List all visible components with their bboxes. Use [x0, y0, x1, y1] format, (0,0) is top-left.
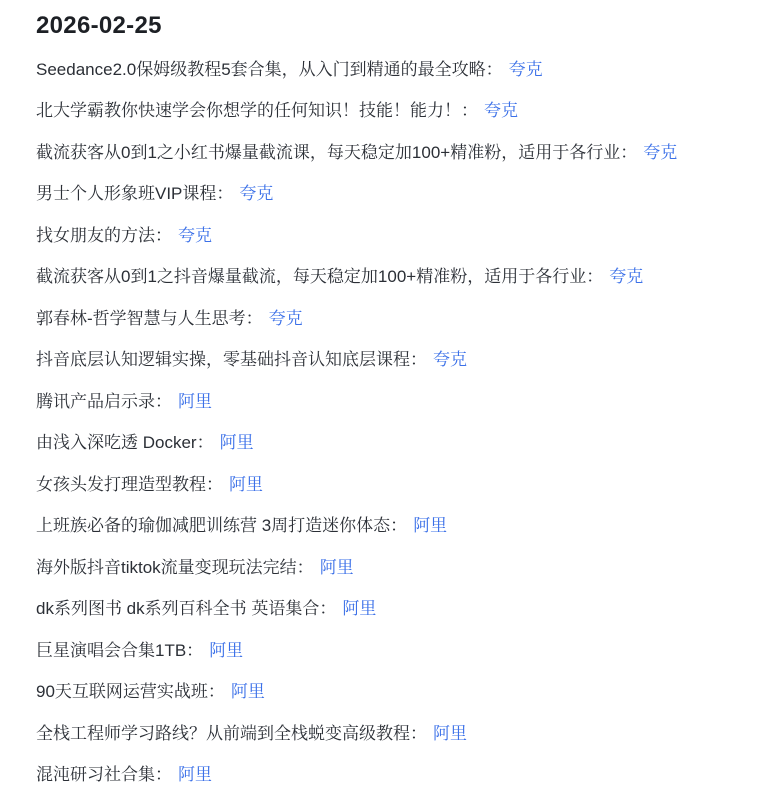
- list-item: 截流获客从0到1之抖音爆量截流，每天稳定加100+精准粉，适用于各行业：夸克: [36, 264, 746, 290]
- item-link[interactable]: 阿里: [413, 516, 447, 535]
- item-text: dk系列图书 dk系列百科全书 英语集合：: [36, 599, 336, 618]
- list-item: Seedance2.0保姆级教程5套合集，从入门到精通的最全攻略：夸克: [36, 57, 746, 83]
- item-link[interactable]: 夸克: [609, 267, 643, 286]
- item-link[interactable]: 阿里: [229, 475, 263, 494]
- item-text: 抖音底层认知逻辑实操，零基础抖音认知底层课程：: [36, 350, 427, 369]
- list-item: 男士个人形象班VIP课程：夸克: [36, 181, 746, 207]
- item-text: 海外版抖音tiktok流量变现玩法完结：: [36, 558, 314, 577]
- item-link[interactable]: 夸克: [509, 60, 543, 79]
- item-link[interactable]: 夸克: [178, 226, 212, 245]
- item-link[interactable]: 阿里: [220, 433, 254, 452]
- item-link[interactable]: 阿里: [342, 599, 376, 618]
- item-text: 女孩头发打理造型教程：: [36, 475, 223, 494]
- item-text: 腾讯产品启示录：: [36, 392, 172, 411]
- item-text: 截流获客从0到1之抖音爆量截流，每天稳定加100+精准粉，适用于各行业：: [36, 267, 603, 286]
- item-link[interactable]: 阿里: [178, 765, 212, 784]
- item-text: 上班族必备的瑜伽减肥训练营 3周打造迷你体态：: [36, 516, 407, 535]
- item-text: Seedance2.0保姆级教程5套合集，从入门到精通的最全攻略：: [36, 60, 503, 79]
- item-link[interactable]: 夸克: [269, 309, 303, 328]
- list-item: 女孩头发打理造型教程：阿里: [36, 472, 746, 498]
- item-link[interactable]: 阿里: [433, 724, 467, 743]
- item-link[interactable]: 阿里: [320, 558, 354, 577]
- list-item: 混沌研习社合集：阿里: [36, 762, 746, 788]
- list-item: 找女朋友的方法：夸克: [36, 223, 746, 249]
- list-item: 北大学霸教你快速学会你想学的任何知识！技能！能力！：夸克: [36, 98, 746, 124]
- item-link[interactable]: 夸克: [484, 101, 518, 120]
- item-link[interactable]: 夸克: [239, 184, 273, 203]
- list-item: 上班族必备的瑜伽减肥训练营 3周打造迷你体态：阿里: [36, 513, 746, 539]
- resource-list: Seedance2.0保姆级教程5套合集，从入门到精通的最全攻略：夸克 北大学霸…: [36, 57, 746, 788]
- item-link[interactable]: 阿里: [209, 641, 243, 660]
- list-item: 抖音底层认知逻辑实操，零基础抖音认知底层课程：夸克: [36, 347, 746, 373]
- list-item: dk系列图书 dk系列百科全书 英语集合：阿里: [36, 596, 746, 622]
- list-item: 全栈工程师学习路线？从前端到全栈蜕变高级教程：阿里: [36, 721, 746, 747]
- document-page: 2026-02-25 Seedance2.0保姆级教程5套合集，从入门到精通的最…: [0, 0, 776, 788]
- list-item: 海外版抖音tiktok流量变现玩法完结：阿里: [36, 555, 746, 581]
- item-text: 找女朋友的方法：: [36, 226, 172, 245]
- item-text: 男士个人形象班VIP课程：: [36, 184, 233, 203]
- list-item: 巨星演唱会合集1TB：阿里: [36, 638, 746, 664]
- item-text: 截流获客从0到1之小红书爆量截流课，每天稳定加100+精准粉，适用于各行业：: [36, 143, 637, 162]
- item-link[interactable]: 夸克: [433, 350, 467, 369]
- item-link[interactable]: 阿里: [231, 682, 265, 701]
- list-item: 90天互联网运营实战班：阿里: [36, 679, 746, 705]
- list-item: 郭春林-哲学智慧与人生思考：夸克: [36, 306, 746, 332]
- item-text: 90天互联网运营实战班：: [36, 682, 225, 701]
- item-link[interactable]: 夸克: [643, 143, 677, 162]
- item-text: 全栈工程师学习路线？从前端到全栈蜕变高级教程：: [36, 724, 427, 743]
- item-text: 混沌研习社合集：: [36, 765, 172, 784]
- list-item: 由浅入深吃透 Docker：阿里: [36, 430, 746, 456]
- list-item: 截流获客从0到1之小红书爆量截流课，每天稳定加100+精准粉，适用于各行业：夸克: [36, 140, 746, 166]
- item-text: 巨星演唱会合集1TB：: [36, 641, 203, 660]
- item-link[interactable]: 阿里: [178, 392, 212, 411]
- list-item: 腾讯产品启示录：阿里: [36, 389, 746, 415]
- item-text: 北大学霸教你快速学会你想学的任何知识！技能！能力！：: [36, 101, 478, 120]
- page-title: 2026-02-25: [36, 12, 746, 41]
- item-text: 由浅入深吃透 Docker：: [36, 433, 214, 452]
- item-text: 郭春林-哲学智慧与人生思考：: [36, 309, 263, 328]
